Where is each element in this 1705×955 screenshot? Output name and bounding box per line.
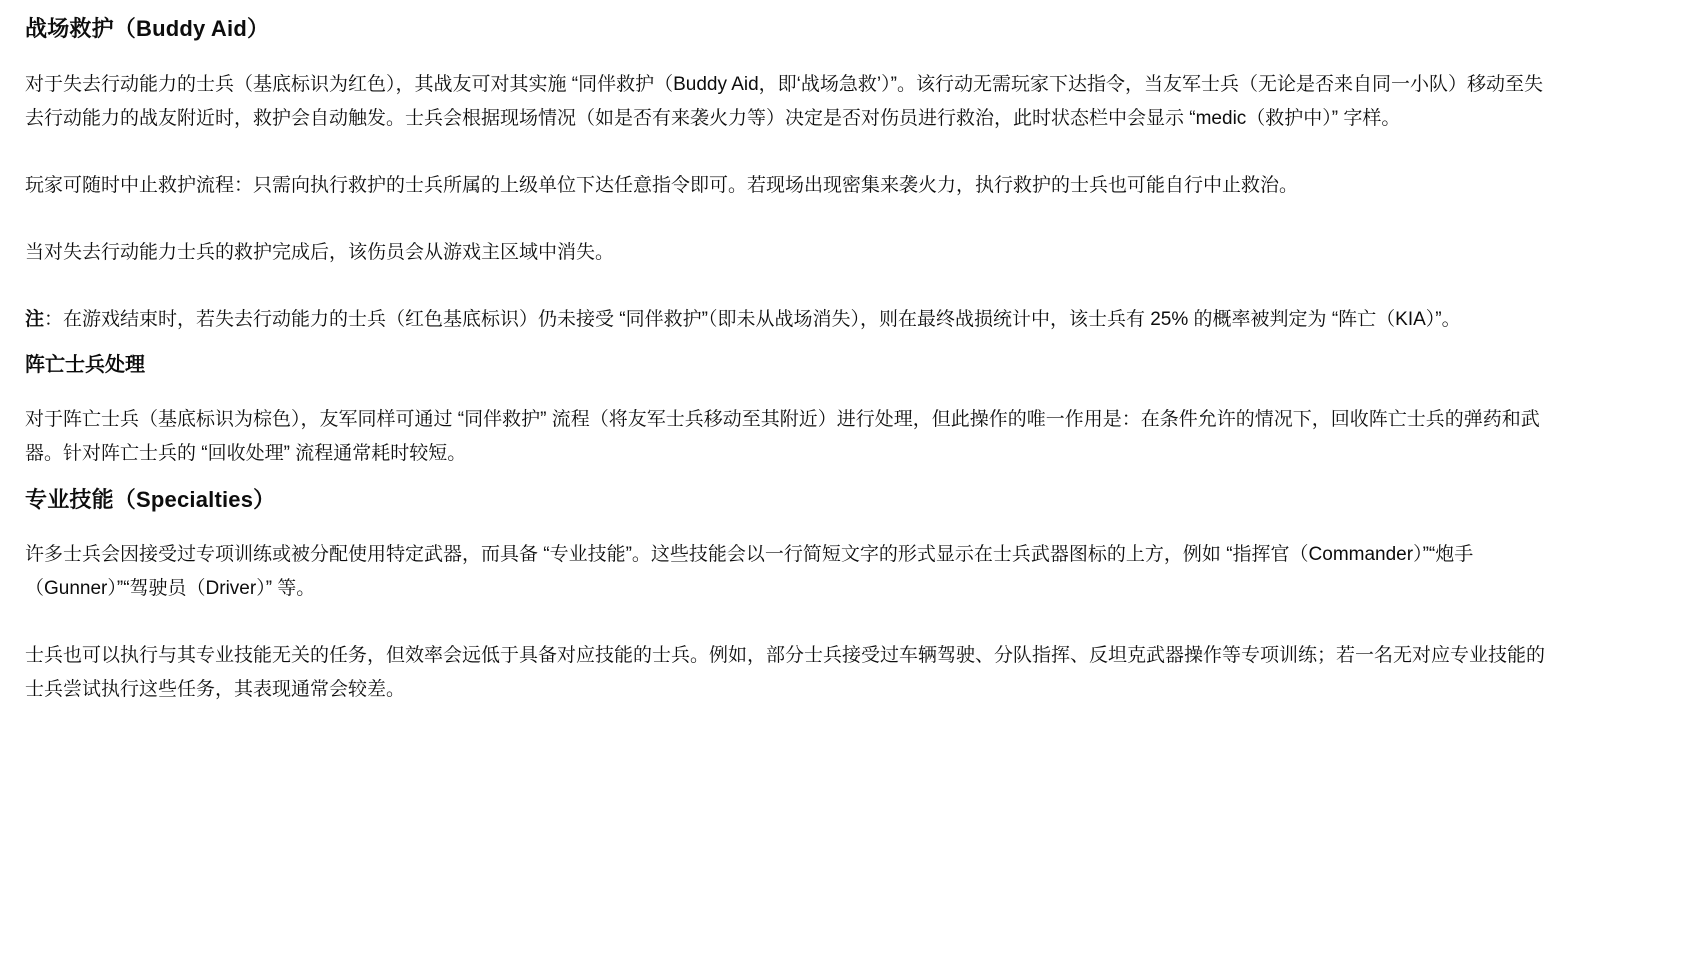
paragraph-specialties-tasks: 士兵也可以执行与其专业技能无关的任务，但效率会远低于具备对应技能的士兵。例如，部… [25, 639, 1560, 707]
section-heading-kia-handling: 阵亡士兵处理 [25, 351, 1560, 379]
page: 战场救护（Buddy Aid） 对于失去行动能力的士兵（基底标识为红色），其战友… [0, 0, 1705, 955]
paragraph-kia-handling: 对于阵亡士兵（基底标识为棕色），友军同样可通过 “同伴救护” 流程（将友军士兵移… [25, 403, 1560, 471]
paragraph-abort-rescue: 玩家可随时中止救护流程：只需向执行救护的士兵所属的上级单位下达任意指令即可。若现… [25, 169, 1560, 203]
paragraph-specialties-intro: 许多士兵会因接受过专项训练或被分配使用特定武器，而具备 “专业技能”。这些技能会… [25, 538, 1560, 606]
paragraph-note: 注：在游戏结束时，若失去行动能力的士兵（红色基底标识）仍未接受 “同伴救护”（即… [25, 303, 1560, 337]
note-body: ：在游戏结束时，若失去行动能力的士兵（红色基底标识）仍未接受 “同伴救护”（即未… [44, 309, 1461, 330]
section-heading-buddy-aid: 战场救护（Buddy Aid） [25, 14, 1560, 44]
paragraph-buddy-aid-intro: 对于失去行动能力的士兵（基底标识为红色），其战友可对其实施 “同伴救护（Budd… [25, 68, 1560, 136]
section-heading-specialties: 专业技能（Specialties） [25, 485, 1560, 515]
paragraph-casualty-disappear: 当对失去行动能力士兵的救护完成后，该伤员会从游戏主区域中消失。 [25, 236, 1560, 270]
note-label: 注 [25, 309, 44, 330]
document-body: 战场救护（Buddy Aid） 对于失去行动能力的士兵（基底标识为红色），其战友… [0, 0, 1560, 707]
